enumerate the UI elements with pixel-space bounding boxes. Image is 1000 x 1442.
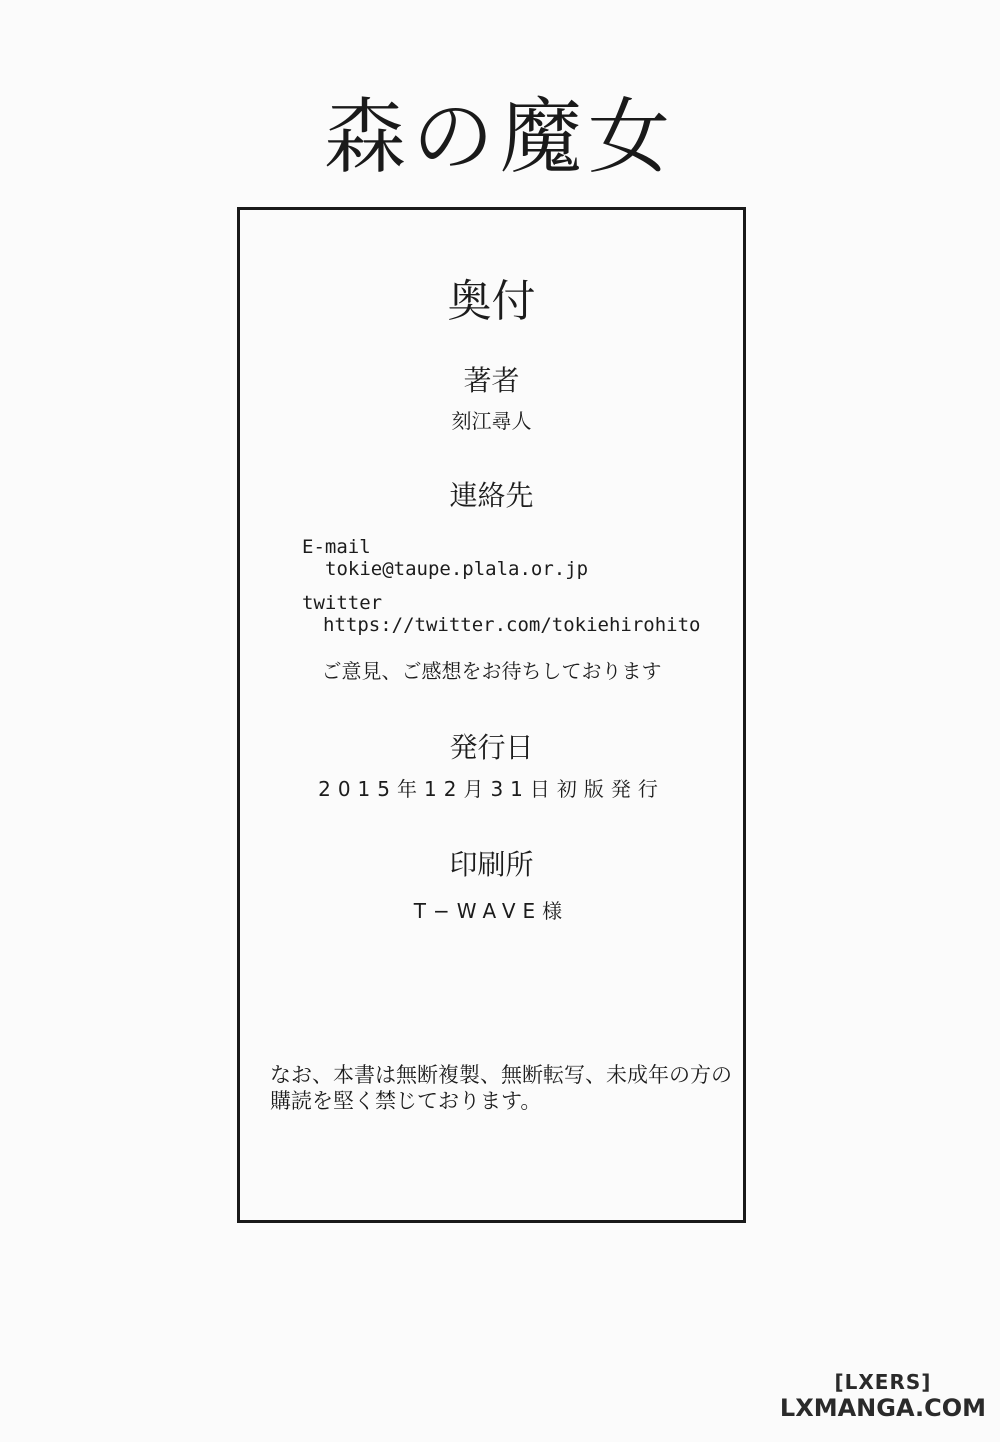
email-label: E-mail [302, 535, 371, 559]
author-label: 著者 [240, 363, 743, 399]
colophon-box: 奥付 著者 刻江尋人 連絡先 E-mail tokie@taupe.plala.… [237, 207, 746, 1223]
twitter-url[interactable]: https://twitter.com/tokiehirohito [323, 613, 701, 637]
site-watermark: [LXERS] LXMANGA.COM [780, 1370, 986, 1422]
printer-name: T−WAVE様 [240, 898, 743, 924]
watermark-group-name: [LXERS] [780, 1370, 986, 1394]
publication-date-label: 発行日 [240, 730, 743, 766]
publication-date: 2015年12月31日初版発行 [240, 776, 743, 802]
twitter-label: twitter [302, 591, 382, 615]
contact-label: 連絡先 [240, 478, 743, 514]
printer-label: 印刷所 [240, 847, 743, 883]
colophon-heading: 奥付 [240, 275, 743, 329]
watermark-site-name: LXMANGA.COM [780, 1394, 986, 1422]
book-title: 森の魔女 [0, 88, 1000, 188]
email-address[interactable]: tokie@taupe.plala.or.jp [325, 557, 588, 581]
copyright-notice-line-2: 購読を堅く禁じております。 [270, 1088, 541, 1114]
author-name: 刻江尋人 [240, 408, 743, 434]
copyright-notice-line-1: なお、本書は無断複製、無断転写、未成年の方の [270, 1062, 732, 1088]
feedback-message: ご意見、ご感想をお待ちしております [240, 658, 743, 684]
